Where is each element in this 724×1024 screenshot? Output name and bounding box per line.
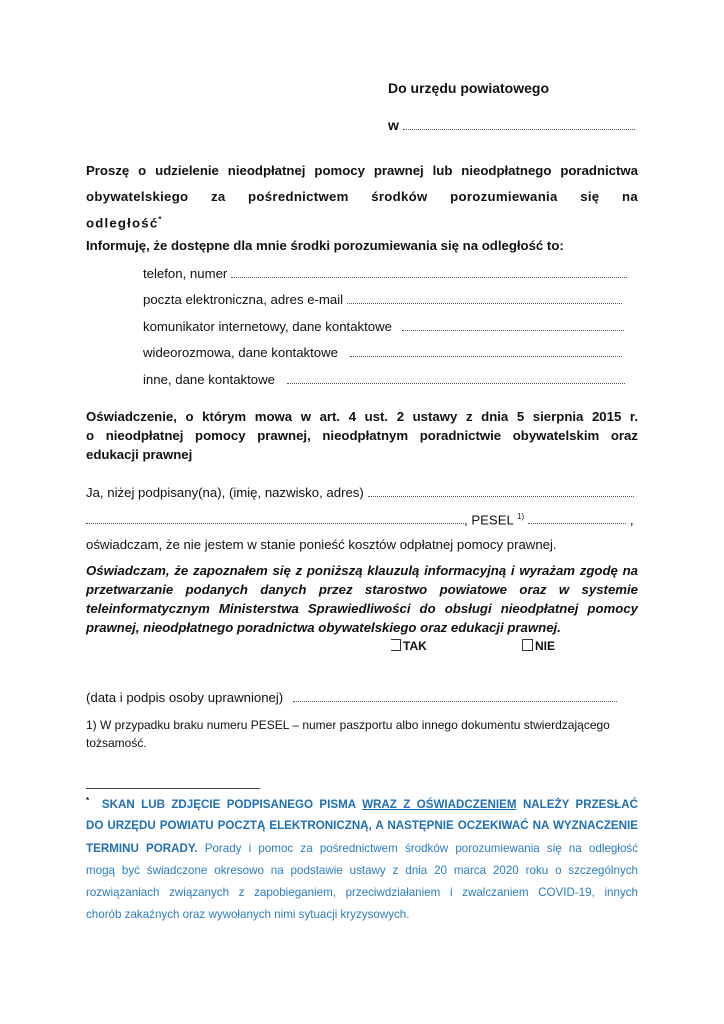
cost-declaration: oświadczam, że nie jestem w stanie ponie… (86, 537, 557, 552)
star-footnote-part-3: NALEŻY PRZESŁAĆ (523, 798, 638, 811)
channel-email-dots (347, 302, 622, 304)
footnote-separator (86, 788, 260, 789)
name-address-field[interactable]: Ja, niżej podpisany(na), (imię, nazwisko… (86, 485, 634, 500)
recipient-location-field[interactable]: w (388, 117, 635, 135)
signature-label: (data i podpis osoby uprawnionej) (86, 690, 283, 705)
recipient-prefix: w (388, 117, 399, 133)
consent-yes-option[interactable]: TAK (391, 639, 427, 653)
request-line-3: odległość* (86, 215, 163, 230)
star-footnote-line-3-bold: TERMINU PORADY. (86, 842, 198, 855)
consent-yes-label: TAK (403, 639, 427, 653)
request-line-3-text: odległość (86, 215, 158, 230)
star-footnote-underlined: WRAZ Z OŚWIADCZENIEM (362, 798, 516, 811)
footnote-1-line-2: tożsamość. (86, 736, 147, 750)
checkbox-no[interactable] (522, 639, 533, 651)
pesel-trailing-comma: , (630, 512, 634, 527)
channel-email-label: poczta elektroniczna, adres e-mail (143, 292, 343, 307)
footnote-mark: * (158, 215, 162, 224)
channel-messenger-dots (402, 329, 624, 331)
consent-line-3: teleinformatycznym Ministerstwa Sprawied… (86, 601, 638, 616)
name-address-continued-dots (86, 522, 464, 524)
star-footnote-line-3-rest: Porady i pomoc za pośrednictwem środków … (205, 842, 638, 855)
star-footnote-mark: * (86, 796, 89, 805)
channel-video-field[interactable]: wideorozmowa, dane kontaktowe (143, 345, 622, 360)
signature-dots (293, 700, 617, 702)
star-footnote-line-2: DO URZĘDU POWIATU POCZTĄ ELEKTRONICZNĄ, … (86, 819, 638, 832)
pesel-footnote-ref: 1) (517, 512, 524, 521)
consent-no-label: NIE (535, 639, 555, 653)
recipient-title: Do urzędu powiatowego (388, 80, 549, 96)
channels-heading: Informuję, że dostępne dla mnie środki p… (86, 238, 564, 253)
star-footnote-line-1: * SKAN LUB ZDJĘCIE PODPISANEGO PISMA WRA… (86, 796, 638, 811)
channel-messenger-field[interactable]: komunikator internetowy, dane kontaktowe (143, 319, 624, 334)
star-footnote-line-3: TERMINU PORADY. Porady i pomoc za pośred… (86, 842, 638, 855)
pesel-field[interactable]: , PESEL 1) , (86, 512, 634, 527)
statement-heading-line-1: Oświadczenie, o którym mowa w art. 4 ust… (86, 409, 638, 424)
name-address-dots (368, 495, 634, 497)
consent-line-4: prawnej, nieodpłatnego poradnictwa obywa… (86, 620, 561, 635)
consent-line-1: Oświadczam, że zapoznałem się z poniższą… (86, 563, 638, 578)
channel-messenger-label: komunikator internetowy, dane kontaktowe (143, 319, 392, 334)
checkbox-yes[interactable] (391, 639, 401, 651)
name-address-label: Ja, niżej podpisany(na), (imię, nazwisko… (86, 485, 364, 500)
footnote-1-line-1: 1) W przypadku braku numeru PESEL – nume… (86, 718, 610, 732)
channel-other-label: inne, dane kontaktowe (143, 372, 275, 387)
consent-line-2: przetwarzanie podanych danych przez star… (86, 582, 638, 597)
channel-phone-dots (231, 276, 627, 278)
channel-other-dots (287, 382, 625, 384)
star-footnote-line-6: chorób zakaźnych oraz wywołanych nimi sy… (86, 908, 409, 921)
star-footnote-line-5: rozwiązaniach związanych z zapobieganiem… (86, 886, 638, 899)
statement-heading-line-2: o nieodpłatnej pomocy prawnej, nieodpłat… (86, 428, 638, 443)
consent-no-option[interactable]: NIE (522, 639, 555, 653)
channel-phone-label: telefon, numer (143, 266, 227, 281)
request-line-2: obywatelskiego za pośrednictwem środków … (86, 189, 638, 204)
signature-field[interactable]: (data i podpis osoby uprawnionej) (86, 690, 617, 705)
statement-heading-line-3: edukacji prawnej (86, 447, 192, 462)
pesel-label: , PESEL (464, 512, 513, 527)
channel-video-label: wideorozmowa, dane kontaktowe (143, 345, 338, 360)
channel-video-dots (350, 355, 622, 357)
pesel-dots (528, 522, 626, 524)
request-line-1: Proszę o udzielenie nieodpłatnej pomocy … (86, 163, 638, 178)
channel-other-field[interactable]: inne, dane kontaktowe (143, 372, 625, 387)
channel-email-field[interactable]: poczta elektroniczna, adres e-mail (143, 292, 622, 307)
star-footnote-part-1: SKAN LUB ZDJĘCIE PODPISANEGO PISMA (102, 798, 356, 811)
channel-phone-field[interactable]: telefon, numer (143, 266, 638, 281)
star-footnote-line-4: mogą być świadczone okresowo na podstawi… (86, 864, 638, 877)
recipient-location-dots (403, 128, 635, 130)
